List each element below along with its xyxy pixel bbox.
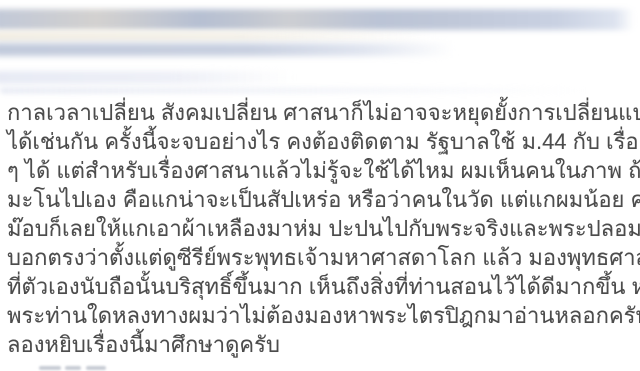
post-text-line-4: มะโนไปเอง คือแกน่าจะเป็นสัปเหร่อ หรือว่า… — [7, 185, 640, 214]
post-text-line-2: ได้เช่นกัน ครั้งนี้จะจบอย่างไร คงต้องติด… — [7, 127, 640, 156]
post-screenshot: กาลเวลาเปลี่ยน สังคมเปลี่ยน ศาสนาก็ไม่อา… — [0, 0, 640, 371]
post-text-line-5: ม๊อบก็เลยให้แกเอาผ้าเหลืองมาห่ม ปะปนไปกั… — [7, 214, 640, 243]
clipped-glyph-fragment — [65, 366, 81, 370]
clipped-glyph-fragment — [86, 366, 106, 370]
post-text-line-3: ๆ ได้ แต่สำหรับเรื่องศาสนาแล้วไม่รู้จะใช… — [7, 156, 640, 185]
blur-streak-1 — [0, 9, 634, 30]
post-text-line-7: ที่ตัวเองนับถือนั้นบริสุทธิ์ขึ้นมาก เห็น… — [7, 272, 640, 301]
blur-streak-2 — [0, 31, 434, 42]
blurred-header-region — [0, 0, 640, 96]
post-text-line-6: บอกตรงว่าตั้งแต่ดูซีรีย์พระพุทธเจ้ามหาศา… — [7, 243, 640, 272]
post-text-line-8: พระท่านใดหลงทางผมว่าไม่ต้องมองหาพระไตรปิ… — [7, 301, 640, 330]
clipped-next-line-top — [7, 364, 307, 371]
post-body-text: กาลเวลาเปลี่ยน สังคมเปลี่ยน ศาสนาก็ไม่อา… — [7, 98, 640, 359]
blur-streak-4 — [0, 71, 294, 84]
post-text-line-9: ลองหยิบเรื่องนี้มาศึกษาดูครับ — [7, 330, 640, 359]
clipped-glyph-fragment — [39, 366, 61, 370]
blur-streak-3 — [0, 42, 454, 57]
blur-streak-5 — [0, 87, 610, 94]
post-text-line-1: กาลเวลาเปลี่ยน สังคมเปลี่ยน ศาสนาก็ไม่อา… — [7, 98, 640, 127]
